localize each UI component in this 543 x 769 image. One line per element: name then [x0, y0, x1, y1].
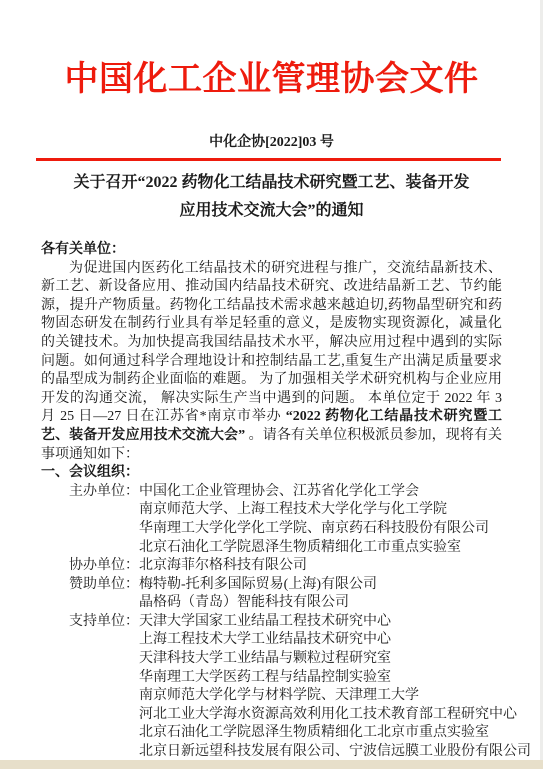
organization-group: 支持单位： 天津大学国家工业结晶工程技术研究中心上海工程技术大学工业结晶技术研究… [41, 613, 502, 762]
salutation: 各有关单位： [41, 241, 502, 260]
page-number: 1 [0, 708, 543, 720]
organization-line: 北京海菲尔格科技有限公司 [139, 557, 502, 576]
organization-line: 上海工程技术大学工业结晶技术研究中心 [139, 631, 531, 650]
organization-line: 北京石油化工学院恩泽生物质精细化工北京市重点实验室 [139, 724, 531, 743]
section-heading-meeting-organization: 一、会议组织： [41, 464, 502, 483]
organization-group: 主办单位： 中国化工企业管理协会、江苏省化学化工学会南京师范大学、上海工程技术大… [41, 483, 502, 557]
organization-group-label: 协办单位： [69, 557, 139, 576]
scan-edge-bottom [0, 760, 543, 769]
organization-line: 南京师范大学化学与材料学院、天津理工大学 [139, 687, 531, 706]
intro-paragraph: 为促进国内医药化工结晶技术的研究进程与推广，交流结晶新技术、新工艺、新设备应用、… [41, 260, 502, 465]
organization-line: 梅特勒-托利多国际贸易(上海)有限公司 [139, 576, 502, 595]
organization-line: 北京石油化工学院恩泽生物质精细化工市重点实验室 [139, 539, 502, 558]
paragraph-text-1: 为促进国内医药化工结晶技术的研究进程与推广，交流结晶新技术、新工艺、新设备应用、… [41, 261, 502, 425]
organization-line: 华南理工大学医药工程与结晶控制实验室 [139, 669, 531, 688]
organization-group-lines: 北京海菲尔格科技有限公司 [139, 557, 502, 576]
organization-line: 北京日新远望科技发展有限公司、宁波信远膜工业股份有限公司 [139, 743, 531, 762]
document-number: 中化企协[2022]03 号 [0, 134, 543, 151]
organization-line: 晶格码（青岛）智能科技有限公司 [139, 594, 502, 613]
notice-title-line2: 应用技术交流大会”的通知 [0, 197, 543, 225]
document-page: 中国化工企业管理协会文件 中化企协[2022]03 号 关于召开“2022 药物… [0, 0, 543, 769]
notice-title: 关于召开“2022 药物化工结晶技术研究暨工艺、装备开发 应用技术交流大会”的通… [0, 169, 543, 225]
organization-line: 华南理工大学化学化工学院、南京药石科技股份有限公司 [139, 520, 502, 539]
document-body: 各有关单位： 为促进国内医药化工结晶技术的研究进程与推广，交流结晶新技术、新工艺… [41, 241, 502, 762]
organization-group-label: 赞助单位： [69, 576, 139, 613]
organization-group-lines: 中国化工企业管理协会、江苏省化学化工学会南京师范大学、上海工程技术大学化学与化工… [139, 483, 502, 557]
organization-group: 赞助单位： 梅特勒-托利多国际贸易(上海)有限公司晶格码（青岛）智能科技有限公司 [41, 576, 502, 613]
notice-title-line1: 关于召开“2022 药物化工结晶技术研究暨工艺、装备开发 [0, 169, 543, 197]
organization-group-label: 支持单位： [69, 613, 139, 762]
organization-line: 中国化工企业管理协会、江苏省化学化工学会 [139, 483, 502, 502]
organization-line: 南京师范大学、上海工程技术大学化学与化工学院 [139, 501, 502, 520]
organization-group-lines: 天津大学国家工业结晶工程技术研究中心上海工程技术大学工业结晶技术研究中心天津科技… [139, 613, 531, 762]
organization-group-lines: 梅特勒-托利多国际贸易(上海)有限公司晶格码（青岛）智能科技有限公司 [139, 576, 502, 613]
organization-line: 天津大学国家工业结晶工程技术研究中心 [139, 613, 531, 632]
organization-line: 天津科技大学工业结晶与颗粒过程研究室 [139, 650, 531, 669]
organization-group-label: 主办单位： [69, 483, 139, 557]
red-divider-rule [36, 158, 501, 161]
organization-group: 协办单位： 北京海菲尔格科技有限公司 [41, 557, 502, 576]
letterhead-org-title: 中国化工企业管理协会文件 [0, 0, 543, 102]
